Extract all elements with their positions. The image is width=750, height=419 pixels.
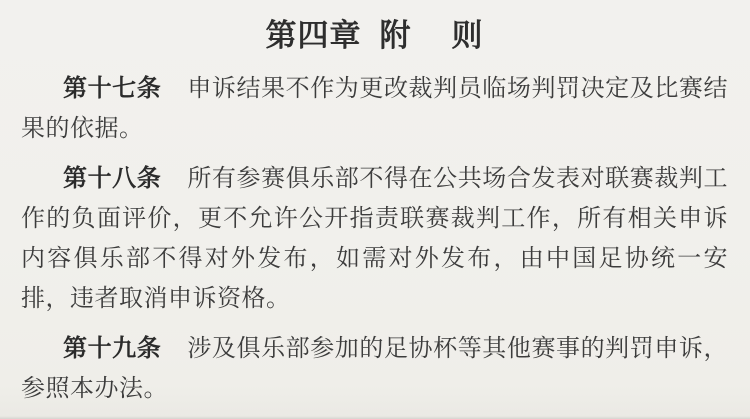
article-19-paragraph: 第十九条涉及俱乐部参加的足协杯等其他赛事的判罚申诉，参照本办法。 <box>21 329 728 409</box>
chapter-title-char-1: 附 <box>380 18 412 53</box>
article-17-number: 第十七条 <box>63 75 161 102</box>
article-17-paragraph: 第十七条申诉结果不作为更改裁判员临场判罚决定及比赛结果的依据。 <box>21 69 728 149</box>
article-18-paragraph: 第十八条所有参赛俱乐部不得在公共场合发表对联赛裁判工作的负面评价，更不允许公开指… <box>21 159 728 319</box>
chapter-number-label: 第四章 <box>266 18 362 53</box>
article-19-number: 第十九条 <box>63 335 161 362</box>
chapter-heading: 第四章附则 <box>21 14 728 58</box>
scanned-document-page: 第四章附则 第十七条申诉结果不作为更改裁判员临场判罚决定及比赛结果的依据。 第十… <box>0 0 750 419</box>
chapter-title-char-2: 则 <box>452 18 484 53</box>
article-18-number: 第十八条 <box>63 165 161 192</box>
